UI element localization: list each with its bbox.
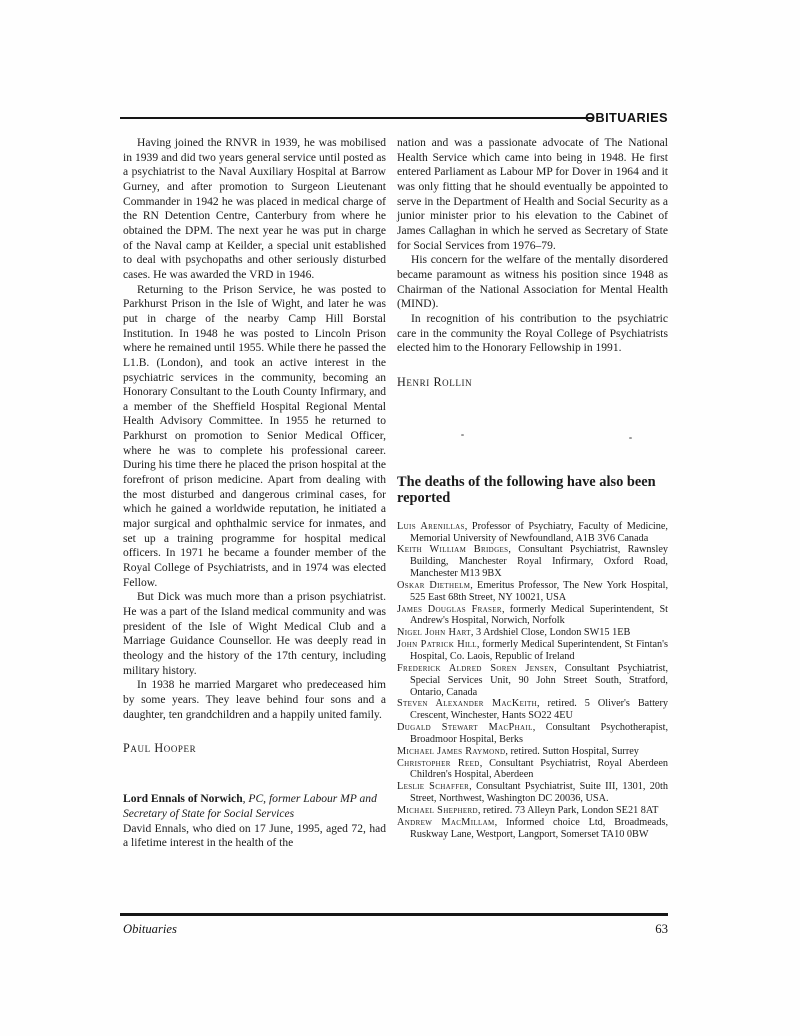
death-entry-name: Oskar Diethelm bbox=[397, 580, 470, 591]
death-entry-name: Nigel John Hart bbox=[397, 627, 471, 638]
death-entry-details: , retired. 73 Alleyn Park, London SE21 8… bbox=[478, 805, 659, 816]
death-entry-name: Luis Arenillas bbox=[397, 521, 465, 532]
death-entry: Frederick Aldred Soren Jensen, Consultan… bbox=[397, 663, 668, 699]
obituary-paragraph: David Ennals, who died on 17 June, 1995,… bbox=[123, 822, 386, 851]
footer-rule bbox=[120, 913, 668, 916]
death-entry-name: Leslie Schaffer bbox=[397, 781, 469, 792]
death-entry-name: Michael James Raymond bbox=[397, 746, 505, 757]
death-entry: Andrew MacMillam, Informed choice Ltd, B… bbox=[397, 817, 668, 841]
obituary-title: Lord Ennals of Norwich, PC, former Labou… bbox=[123, 792, 386, 822]
running-head-obituaries: OBITUARIES bbox=[520, 110, 668, 125]
death-entry-name: Frederick Aldred Soren Jensen bbox=[397, 663, 554, 674]
death-entry-name: Steven Alexander MacKeith bbox=[397, 698, 537, 709]
obituary-paragraph: In recognition of his contribution to th… bbox=[397, 312, 668, 356]
obituary-title-name: Lord Ennals of Norwich bbox=[123, 793, 243, 805]
scan-speck bbox=[461, 434, 464, 436]
death-entry: Michael James Raymond, retired. Sutton H… bbox=[397, 746, 668, 758]
death-entry: Christopher Reed, Consultant Psychiatris… bbox=[397, 758, 668, 782]
obituary-paragraph: But Dick was much more than a prison psy… bbox=[123, 590, 386, 678]
death-entry: Keith William Bridges, Consultant Psychi… bbox=[397, 544, 668, 580]
obituary-paragraph: nation and was a passionate advocate of … bbox=[397, 136, 668, 253]
death-entry-name: John Patrick Hill bbox=[397, 639, 477, 650]
obituary-paragraph: Having joined the RNVR in 1939, he was m… bbox=[123, 136, 386, 283]
deaths-list: Luis Arenillas, Professor of Psychiatry,… bbox=[397, 521, 668, 841]
obituary-paragraph: In 1938 he married Margaret who predecea… bbox=[123, 678, 386, 722]
death-entry: Nigel John Hart, 3 Ardshiel Close, Londo… bbox=[397, 627, 668, 639]
death-entry: Leslie Schaffer, Consultant Psychiatrist… bbox=[397, 781, 668, 805]
death-entry-name: Michael Shepherd bbox=[397, 805, 478, 816]
death-entry-name: Christopher Reed bbox=[397, 758, 480, 769]
death-entry: Michael Shepherd, retired. 73 Alleyn Par… bbox=[397, 805, 668, 817]
death-entry-name: James Douglas Fraser bbox=[397, 604, 502, 615]
death-entry: Luis Arenillas, Professor of Psychiatry,… bbox=[397, 521, 668, 545]
left-column: Having joined the RNVR in 1939, he was m… bbox=[123, 136, 386, 851]
death-entry-name: Andrew MacMillam bbox=[397, 817, 495, 828]
author-signature: Paul Hooper bbox=[123, 741, 386, 756]
scanned-obituaries-page: OBITUARIES Having joined the RNVR in 193… bbox=[0, 0, 800, 1036]
death-entry-name: Keith William Bridges bbox=[397, 544, 508, 555]
death-entry: John Patrick Hill, formerly Medical Supe… bbox=[397, 639, 668, 663]
death-entry-details: , 3 Ardshiel Close, London SW15 1EB bbox=[471, 627, 630, 638]
author-signature: Henri Rollin bbox=[397, 375, 668, 390]
page-number: 63 bbox=[568, 922, 668, 937]
death-entry: Dugald Stewart MacPhail, Consultant Psyc… bbox=[397, 722, 668, 746]
death-entry: Steven Alexander MacKeith, retired. 5 Ol… bbox=[397, 698, 668, 722]
footer-section-label: Obituaries bbox=[123, 922, 177, 937]
deaths-reported-section: The deaths of the following have also be… bbox=[397, 474, 668, 841]
right-column: nation and was a passionate advocate of … bbox=[397, 136, 668, 840]
death-entry: Oskar Diethelm, Emeritus Professor, The … bbox=[397, 580, 668, 604]
obituary-paragraph: Returning to the Prison Service, he was … bbox=[123, 283, 386, 591]
obituary-paragraph: His concern for the welfare of the menta… bbox=[397, 253, 668, 312]
death-entry-details: , retired. Sutton Hospital, Surrey bbox=[505, 746, 639, 757]
death-entry-name: Dugald Stewart MacPhail bbox=[397, 722, 533, 733]
death-entry: James Douglas Fraser, formerly Medical S… bbox=[397, 604, 668, 628]
scan-speck bbox=[629, 437, 632, 439]
deaths-section-heading: The deaths of the following have also be… bbox=[397, 474, 668, 507]
